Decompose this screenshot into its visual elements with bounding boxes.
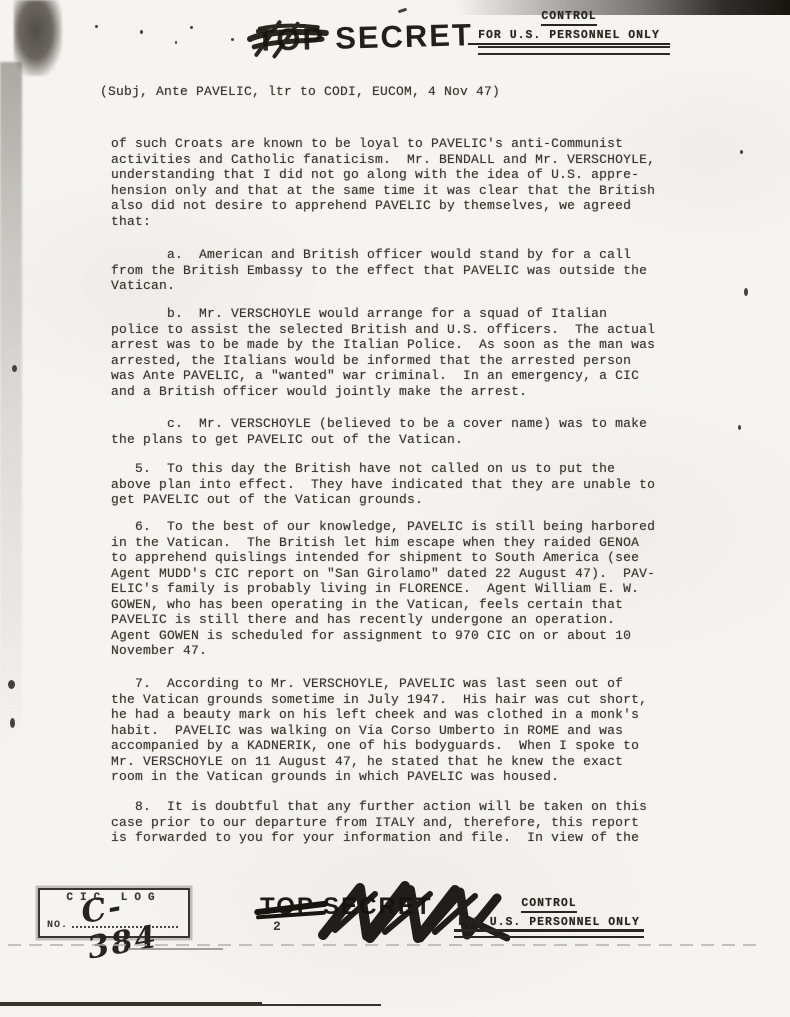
paragraph-6: 6. To the best of our knowledge, PAVELIC… — [111, 519, 676, 659]
paragraph-intro: of such Croats are known to be loyal to … — [111, 136, 676, 229]
crossed-out-top-word: TOP — [256, 21, 326, 59]
paragraph-5: 5. To this day the British have not call… — [111, 461, 676, 508]
paragraph-a: a. American and British officer would st… — [111, 247, 676, 294]
classification-stamp-bottom: TOP SECRET — [260, 893, 432, 921]
scan-smudge-left-edge — [0, 62, 22, 752]
control-line1: CONTROL — [541, 10, 596, 26]
page-number: 2 — [273, 919, 281, 934]
classification-secret-text: SECRET — [335, 17, 474, 56]
ink-speck — [398, 8, 407, 14]
subject-line: (Subj, Ante PAVELIC, ltr to CODI, EUCOM,… — [100, 84, 500, 99]
classification-stamp-top: TOP SECRET — [256, 17, 474, 59]
paragraph-c: c. Mr. VERSCHOYLE (believed to be a cove… — [111, 416, 676, 447]
ink-speck — [175, 41, 177, 44]
classification-crossed-text: TOP — [256, 21, 326, 58]
scanned-document-page: TOP SECRET CONTROL FOR U.S. PERSONNEL ON… — [0, 0, 790, 1017]
ink-speck — [740, 150, 743, 154]
ink-speck — [95, 25, 98, 28]
ink-speck — [738, 425, 741, 430]
scan-noise-line — [128, 948, 223, 950]
ink-speck — [10, 718, 15, 728]
ink-speck — [8, 680, 15, 689]
ink-speck — [190, 26, 193, 29]
scan-edge-line — [0, 1002, 262, 1006]
control-line1: CONTROL — [521, 897, 576, 913]
cic-log-stamp: CIC LOG NO. C-384 — [38, 888, 190, 938]
paragraph-b: b. Mr. VERSCHOYLE would arrange for a sq… — [111, 306, 676, 399]
cic-log-no-label: NO. — [47, 920, 68, 931]
control-marking-top: CONTROL FOR U.S. PERSONNEL ONLY — [468, 10, 670, 45]
control-line2: FOR U.S. PERSONNEL ONLY — [468, 29, 670, 45]
ink-speck — [12, 365, 17, 372]
ink-speck — [231, 38, 234, 41]
ink-speck — [744, 288, 748, 296]
handwritten-log-number: C-384 — [79, 878, 194, 967]
control-marking-bottom: CONTROL FOR U.S. PERSONNEL ONLY — [456, 897, 642, 932]
paragraph-7: 7. According to Mr. VERSCHOYLE, PAVELIC … — [111, 676, 676, 785]
control-double-rule — [478, 46, 670, 55]
paragraph-8: 8. It is doubtful that any further actio… — [111, 799, 676, 846]
control-underline-bar — [454, 929, 644, 938]
scan-noise-line — [8, 944, 760, 946]
ink-speck — [140, 30, 143, 34]
